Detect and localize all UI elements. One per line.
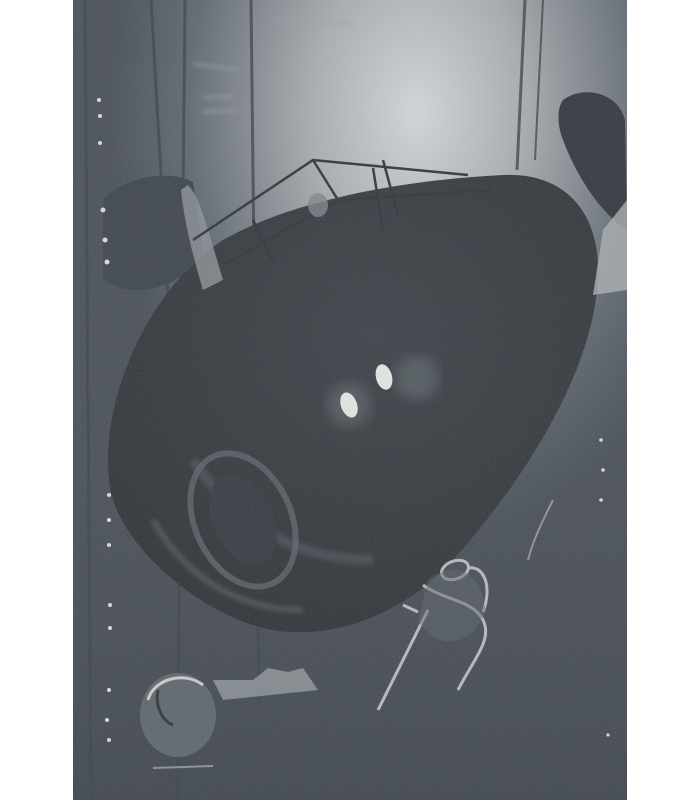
submarine-illustration: [73, 0, 627, 800]
illustration-frame: [73, 0, 627, 800]
